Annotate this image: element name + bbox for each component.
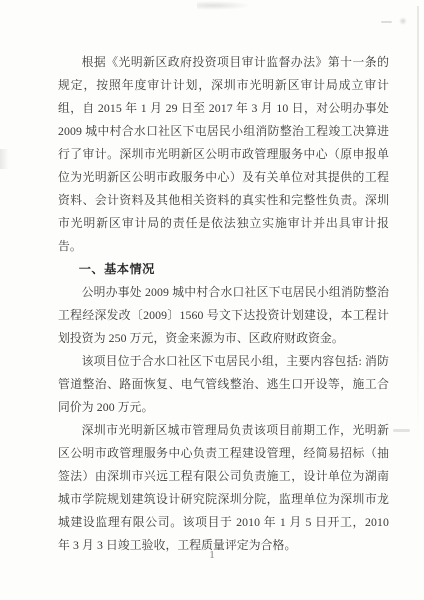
section-heading-basic-info: 一、基本情况	[58, 258, 389, 281]
paragraph-audit-intro: 根据《光明新区政府投资项目审计监督办法》第十一条的规定，按照年度审计计划，深圳市…	[58, 51, 389, 258]
scan-artifact-dot	[399, 17, 407, 25]
page-number: 1	[0, 549, 424, 561]
scanned-document-page: 根据《光明新区政府投资项目审计监督办法》第十一条的规定，按照年度审计计划，深圳市…	[0, 0, 424, 600]
paragraph-investment-plan: 公明办事处 2009 城中村合水口社区下屯居民小组消防整治工程经深发改〔2009…	[58, 281, 389, 350]
scan-artifact-dash	[381, 21, 392, 23]
paragraph-project-content: 该项目位于合水口社区下屯居民小组，主要内容包括: 消防管道整治、路面恢复、电气管…	[58, 350, 389, 419]
scan-artifact-left-smudge	[0, 149, 9, 169]
scan-artifact-top-smudge	[197, 1, 251, 10]
document-body: 根据《光明新区政府投资项目审计监督办法》第十一条的规定，按照年度审计计划，深圳市…	[58, 51, 389, 557]
scan-artifact-right-line	[417, 6, 419, 444]
paragraph-project-parties: 深圳市光明新区城市管理局负责该项目前期工作，光明新区公明市政管理服务中心负责工程…	[58, 419, 389, 557]
scan-artifact-mid-smudge	[393, 429, 410, 432]
